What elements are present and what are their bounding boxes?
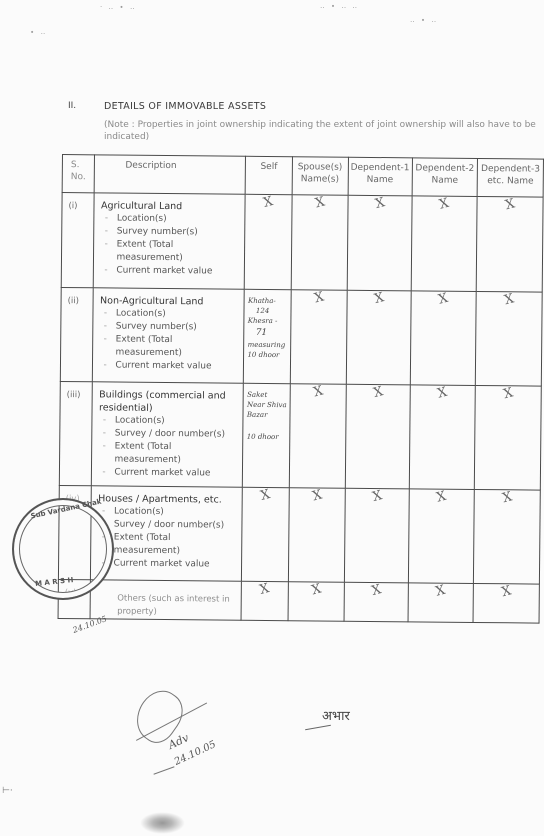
cross-mark: X [438, 196, 451, 213]
cross-mark: X [437, 291, 450, 308]
row-subitem: Location(s) [115, 415, 243, 429]
cell-spouse: X [289, 384, 346, 489]
handwritten-line: Khatha- [248, 296, 288, 306]
cell-dependent-1: X [346, 290, 411, 385]
cell-dependent-2: X [408, 489, 475, 584]
section-title: DETAILS OF IMMOVABLE ASSETS [104, 101, 266, 112]
cell-dependent-1: X [344, 582, 408, 622]
row-subitem: Current market value [116, 265, 244, 279]
ink-smudge [140, 812, 185, 834]
row-subitem: Current market value [113, 558, 241, 572]
cross-mark: X [503, 291, 516, 308]
row-description: Others (such as interest in property) [91, 580, 242, 620]
cross-mark: X [312, 290, 325, 307]
handwritten-line: Khesra - [248, 316, 288, 326]
cross-mark: X [372, 290, 385, 307]
cell-dependent-2: X [409, 385, 476, 490]
section-note: (Note : Properties in joint ownership in… [104, 119, 544, 143]
cell-self: X [242, 487, 289, 581]
table-row: (v) Others (such as interest in property… [58, 579, 539, 623]
row-subitem: Survey / door number(s) [115, 428, 243, 442]
cross-mark: X [435, 489, 448, 506]
row-subitem: measurement) [114, 545, 242, 559]
row-subitem: Location(s) [116, 308, 244, 322]
header-dependent-2: Dependent-2 Name [412, 158, 478, 197]
header-spouse: Spouse(s) Name(s) [292, 157, 348, 196]
row-subitem: Current market value [114, 467, 242, 481]
row-subitem: Current market value [115, 360, 243, 374]
row-sno: (i) [61, 193, 94, 288]
handwritten-line: measuring [248, 340, 288, 350]
cell-dependent-3: X [474, 489, 541, 584]
cell-spouse: X [288, 582, 344, 622]
cross-mark: X [504, 196, 517, 213]
candidate-signature: अभार [322, 706, 350, 724]
row-sno: (iii) [59, 381, 92, 485]
row-description: Houses / Apartments, etc. Location(s) Su… [91, 486, 243, 581]
table-row: (ii) Non-Agricultural Land Location(s) S… [60, 287, 542, 386]
header-description: Description [95, 155, 246, 194]
handwritten-line: 124 [248, 306, 288, 316]
cell-self-handwritten: Saket Near Shiva Bazar 10 dhoor [243, 383, 290, 487]
scan-noise: ∙ ‥ [30, 28, 47, 36]
row-subitem: Location(s) [114, 506, 242, 520]
cell-dependent-3: X [475, 385, 542, 490]
row-subitem: measurement) [116, 347, 244, 361]
cell-dependent-1: X [345, 384, 410, 489]
handwritten-line: Bazar [247, 410, 287, 420]
cross-mark: X [372, 384, 385, 401]
row-subitem: Extent (Total [117, 239, 245, 253]
signature-tick [153, 766, 174, 774]
cross-mark: X [436, 385, 449, 402]
scan-noise: · ‥ ∙ ‥ [100, 3, 137, 11]
cell-dependent-1: X [347, 195, 412, 291]
cell-self-handwritten: Khatha- 124 Khesra - 71 measuring 10 dho… [244, 289, 291, 383]
header-sno: S. No. [62, 155, 95, 193]
table-row: (i) Agricultural Land Location(s) Survey… [61, 193, 543, 293]
cross-mark: X [259, 581, 272, 598]
handwritten-line: 10 dhoor [247, 350, 287, 360]
cross-mark: X [370, 582, 383, 599]
table-header-row: S. No. Description Self Spouse(s) Name(s… [62, 155, 543, 198]
cross-mark: X [259, 487, 272, 504]
cross-mark: X [313, 195, 326, 212]
handwritten-line: Saket [247, 390, 287, 400]
table-row: (iv) Houses / Apartments, etc. Location(… [58, 485, 540, 584]
row-subitem: measurement) [116, 252, 244, 266]
cell-dependent-2: X [410, 291, 477, 386]
row-subitem: measurement) [114, 454, 242, 468]
row-description: Agricultural Land Location(s) Survey num… [94, 193, 246, 289]
handwritten-line: 71 [248, 326, 288, 340]
cross-mark: X [310, 582, 323, 599]
cell-dependent-2: X [411, 196, 478, 292]
row-title: Buildings (commercial and residential) [99, 388, 243, 415]
header-self: Self [246, 156, 293, 194]
cross-mark: X [371, 488, 384, 505]
cell-spouse: X [288, 488, 345, 583]
scan-noise: ‥ ∙ ‥ ‥ [320, 2, 359, 10]
cross-mark: X [262, 194, 275, 211]
note-line-2: indicated) [104, 131, 544, 143]
cell-dependent-3: X [476, 291, 543, 386]
scan-edge-mark: ⊢· [2, 786, 13, 796]
cross-mark: X [311, 488, 324, 505]
row-sno: (ii) [60, 287, 93, 381]
cell-dependent-3: X [477, 196, 544, 292]
scan-noise: ‥ ∙ ‥ [410, 16, 438, 24]
row-title: Others (such as interest in property) [97, 586, 241, 619]
row-subitem: Extent (Total [115, 441, 243, 455]
row-description: Buildings (commercial and residential) L… [92, 382, 244, 487]
note-line-1: (Note : Properties in joint ownership in… [104, 120, 536, 130]
row-subitem: Location(s) [117, 213, 245, 227]
table-row: (iii) Buildings (commercial and resident… [59, 381, 541, 490]
cell-dependent-2: X [408, 583, 474, 623]
cross-mark: X [502, 385, 515, 402]
signature-underline [305, 725, 331, 730]
cell-spouse: X [291, 195, 348, 291]
cross-mark: X [373, 195, 386, 212]
cross-mark: X [434, 583, 447, 600]
cell-self: X [241, 581, 288, 620]
cross-mark: X [500, 583, 513, 600]
header-dependent-1: Dependent-1 Name [348, 157, 412, 196]
cross-mark: X [312, 384, 325, 401]
row-subitem: Extent (Total [116, 334, 244, 348]
cell-spouse: X [290, 290, 347, 385]
cell-dependent-3: X [473, 583, 539, 623]
row-subitem: Survey / door number(s) [114, 519, 242, 533]
document-page: · ‥ ∙ ‥ ‥ ∙ ‥ ‥ ‥ ∙ ‥ ∙ ‥ II. DETAILS OF… [0, 0, 544, 836]
cross-mark: X [501, 489, 514, 506]
cell-dependent-1: X [344, 488, 409, 583]
row-subitem: Extent (Total [114, 532, 242, 546]
immovable-assets-table: S. No. Description Self Spouse(s) Name(s… [58, 154, 544, 624]
row-subitem: Survey number(s) [117, 226, 245, 240]
handwritten-line: 10 dhoor [247, 432, 287, 442]
section-number: II. [68, 101, 76, 111]
header-dependent-3: Dependent-3 etc. Name [477, 158, 543, 197]
row-description: Non-Agricultural Land Location(s) Survey… [93, 288, 245, 383]
cell-self: X [245, 194, 292, 289]
handwritten-line: Near Shiva [247, 400, 287, 410]
row-subitem: Survey number(s) [116, 321, 244, 335]
